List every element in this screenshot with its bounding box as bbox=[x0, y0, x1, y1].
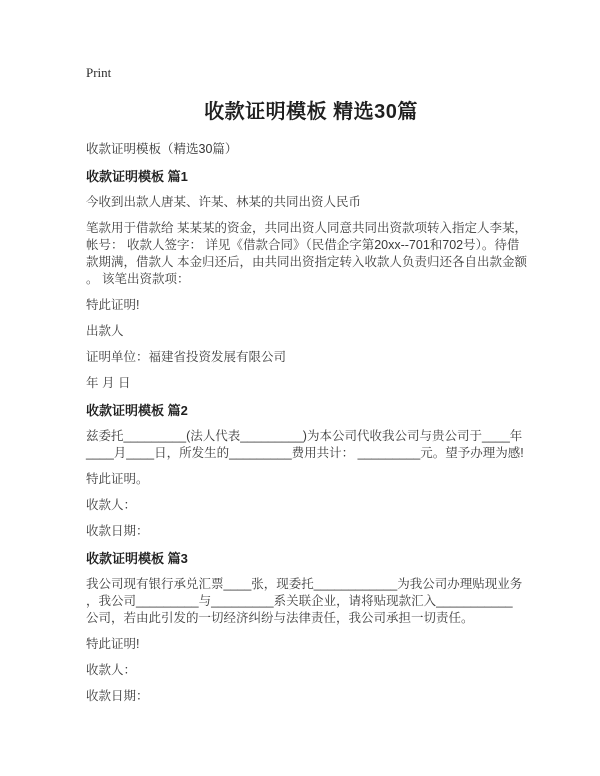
paragraph: 收款日期： bbox=[86, 688, 536, 705]
document-page: Print 收款证明模板 精选30篇 收款证明模板（精选30篇） 收款证明模板 … bbox=[0, 0, 600, 776]
text-line: 收款日期： bbox=[86, 688, 536, 705]
paragraph: 证明单位：福建省投资发展有限公司 bbox=[86, 349, 536, 366]
paragraph: 收款日期： bbox=[86, 523, 536, 540]
text-line: ，我公司_________与_________系关联企业，请将贴现款汇入____… bbox=[86, 593, 536, 610]
document-body: 收款证明模板 篇1今收到出款人唐某、许某、林某的共同出资人民币笔款用于借款给 某… bbox=[86, 168, 536, 705]
paragraph: 兹委托_________(法人代表_________)为本公司代收我公司与贵公司… bbox=[86, 428, 536, 462]
text-line: 出款人 bbox=[86, 323, 536, 340]
paragraph: 今收到出款人唐某、许某、林某的共同出资人民币 bbox=[86, 194, 536, 211]
text-line: 。 该笔出资款项： bbox=[86, 271, 536, 288]
text-line: 收款日期： bbox=[86, 523, 536, 540]
paragraph: 特此证明! bbox=[86, 636, 536, 653]
paragraph: 收款人： bbox=[86, 497, 536, 514]
text-line: 收款人： bbox=[86, 662, 536, 679]
section-heading: 收款证明模板 篇2 bbox=[86, 402, 536, 419]
text-line: 公司，若由此引发的一切经济纠纷与法律责任，我公司承担一切责任。 bbox=[86, 610, 536, 627]
paragraph: 笔款用于借款给 某某某的资金，共同出资人同意共同出资款项转入指定人李某，帐号： … bbox=[86, 220, 536, 288]
section-heading: 收款证明模板 篇1 bbox=[86, 168, 536, 185]
section-heading: 收款证明模板 篇3 bbox=[86, 550, 536, 567]
paragraph: 年 月 日 bbox=[86, 375, 536, 392]
text-line: 特此证明。 bbox=[86, 471, 536, 488]
text-line: 特此证明! bbox=[86, 297, 536, 314]
paragraph: 特此证明! bbox=[86, 297, 536, 314]
text-line: 特此证明! bbox=[86, 636, 536, 653]
text-line: 今收到出款人唐某、许某、林某的共同出资人民币 bbox=[86, 194, 536, 211]
paragraph: 出款人 bbox=[86, 323, 536, 340]
text-line: 我公司现有银行承兑汇票____张，现委托____________为我公司办理贴现… bbox=[86, 576, 536, 593]
text-line: 收款人： bbox=[86, 497, 536, 514]
paragraph: 我公司现有银行承兑汇票____张，现委托____________为我公司办理贴现… bbox=[86, 576, 536, 627]
page-title: 收款证明模板 精选30篇 bbox=[86, 99, 536, 125]
text-line: 款期满，借款人 本金归还后，由共同出资指定转入收款人负责归还各自出款金额 bbox=[86, 254, 536, 271]
text-line: 证明单位：福建省投资发展有限公司 bbox=[86, 349, 536, 366]
text-line: 兹委托_________(法人代表_________)为本公司代收我公司与贵公司… bbox=[86, 428, 536, 445]
text-line: ____月____日，所发生的_________费用共计： _________元… bbox=[86, 445, 536, 462]
text-line: 年 月 日 bbox=[86, 375, 536, 392]
text-line: 帐号： 收款人签字： 详见《借款合同》（民借企字第20xx--701和702号）… bbox=[86, 237, 536, 254]
document-subtitle: 收款证明模板（精选30篇） bbox=[86, 141, 536, 158]
paragraph: 特此证明。 bbox=[86, 471, 536, 488]
paragraph: 收款人： bbox=[86, 662, 536, 679]
print-button[interactable]: Print bbox=[86, 65, 111, 80]
text-line: 笔款用于借款给 某某某的资金，共同出资人同意共同出资款项转入指定人李某， bbox=[86, 220, 536, 237]
